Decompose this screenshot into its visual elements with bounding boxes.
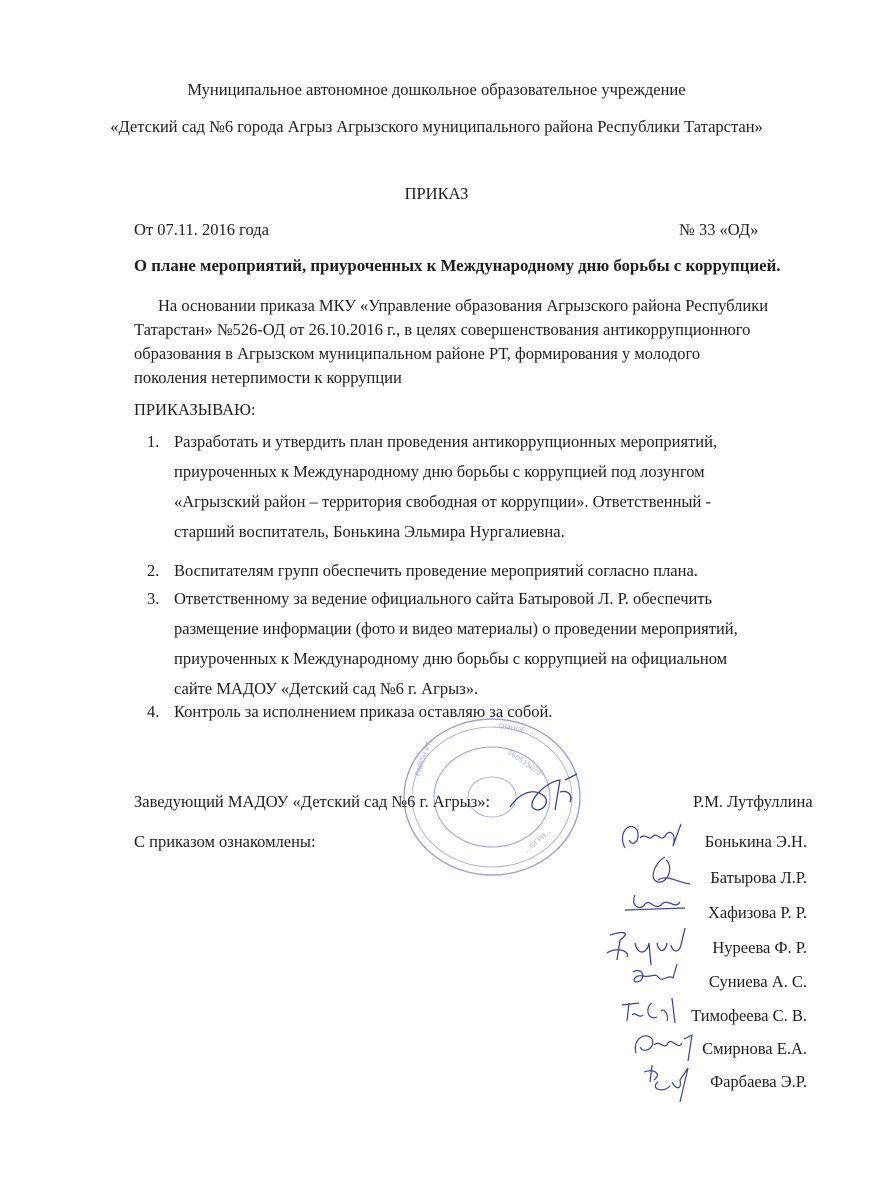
acknowledged-name: Тимофеева С. В. [691,1006,807,1026]
preamble-line: образования в Агрызском муниципальном ра… [134,342,814,366]
signature-timofeeva-icon [617,993,692,1028]
svg-text:...РАЙОН РТ...: ...РАЙОН РТ... [410,734,435,783]
list-number: 4. [147,697,171,727]
acknowledged-name: Суниева А. С. [709,972,807,992]
directive-heading: ПРИКАЗЫВАЮ: [134,400,256,420]
signature-sunieva-icon [625,960,690,995]
acknowledged-name: Хафизова Р. Р. [708,903,807,923]
list-text: приуроченных к Международному дню борьбы… [174,457,705,487]
acknowledged-name: Смирнова Е.А. [702,1039,807,1059]
acknowledgement-label: С приказом ознакомлены: [134,832,316,852]
list-text: Ответственному за ведение официального с… [174,584,712,614]
order-subject: О плане мероприятий, приуроченных к Межд… [134,256,780,276]
list-number: 1. [147,427,171,457]
signatory-name: Р.М. Лутфуллина [693,792,813,812]
list-text: размещение информации (фото и видео мате… [174,614,738,644]
preamble: На основании приказа МКУ «Управление обр… [134,294,814,390]
acknowledged-name: Бонькина Э.Н. [705,832,807,852]
director-signature-icon [505,772,580,822]
list-text: Воспитателям групп обеспечить проведение… [174,556,698,586]
document-page: Муниципальное автономное дошкольное обра… [0,0,873,1200]
preamble-line: поколения нетерпимости к коррупции [134,366,814,390]
list-text: «Агрызский район – территория свободная … [174,487,711,517]
signature-batyrova-icon [640,852,695,892]
svg-text:...ОМНОЕ ...: ...ОМНОЕ ... [492,721,535,736]
list-text: приуроченных к Международному дню борьбы… [174,644,727,674]
acknowledged-name: Нуреева Ф. Р. [712,938,807,958]
signatory-position: Заведующий МАДОУ «Детский сад №6 г. Агры… [134,792,490,812]
signature-farbaeva-icon [640,1060,700,1105]
signature-khafizova-icon [620,890,690,920]
preamble-line: Татарстан» №526-ОД от 26.10.2016 г., в ц… [134,318,814,342]
document-title: ПРИКАЗ [0,184,873,204]
signature-smirnova-icon [628,1025,703,1065]
list-number: 2. [147,556,171,586]
list-number: 3. [147,584,171,614]
acknowledged-name: Фарбаева Э.Р. [710,1072,807,1092]
institution-line-2: «Детский сад №6 города Агрыз Агрызского … [0,117,873,137]
list-text: старший воспитатель, Бонькина Эльмира Ну… [174,517,565,547]
order-date: От 07.11. 2016 года [134,220,269,240]
order-number: № 33 «ОД» [679,220,758,240]
list-text: Разработать и утвердить план проведения … [174,427,717,457]
preamble-line: На основании приказа МКУ «Управление обр… [134,294,814,318]
institution-line-1: Муниципальное автономное дошкольное обра… [0,80,873,100]
acknowledged-name: Батырова Л.Р. [710,868,807,888]
svg-text:...ОГРН...: ...ОГРН... [523,827,553,854]
